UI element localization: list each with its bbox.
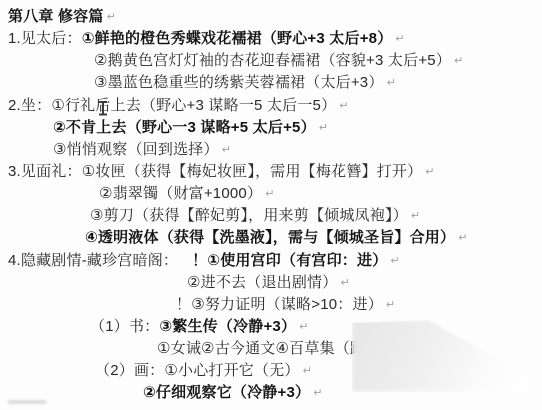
paragraph-mark-icon: ↵	[454, 55, 463, 67]
text-line: ②翡翠镯（财富+1000）↵	[99, 185, 275, 203]
paragraph-mark-icon: ↵	[387, 77, 396, 89]
paragraph-mark-icon: ↵	[339, 100, 348, 112]
text-line: 第八章 修容篇↵	[8, 8, 116, 26]
text-line: ①女诫②古今通文④百草集（跳	[157, 340, 365, 357]
text-segment: ②鹅黄色宫灯灯袖的杏花迎春襦裙（容貌+3 太后+5）	[94, 52, 451, 69]
text-line: 2.坐：①行礼后上去（野心+3 谋略一5 太后一5）↵	[8, 97, 349, 115]
text-segment: ④透明液体（获得【洗墨液】，需与【倾城圣旨】合用）	[85, 229, 455, 246]
text-segment: 4.隐藏剧情-藏珍宫暗阁：	[8, 252, 178, 269]
paragraph-mark-icon: ↵	[411, 210, 420, 222]
text-segment: ③繁生传（冷静+3）	[159, 318, 296, 335]
paragraph-mark-icon: ↵	[107, 11, 116, 23]
text-segment: ③剪刀（获得【醉妃剪】，用来剪【倾城凤袍】）	[90, 207, 408, 224]
text-line: （1）书：③繁生传（冷静+3）↵	[90, 318, 309, 336]
page-edge-fragment	[8, 400, 46, 404]
text-segment: （1）书：	[90, 318, 159, 335]
paragraph-mark-icon: ↵	[458, 232, 467, 244]
text-segment: ①鲜艳的橙色秀蝶戏花襦裙（野心+3 太后+8）	[82, 30, 393, 47]
paragraph-mark-icon: ↵	[265, 188, 274, 200]
text-line: ②进不去（退出剧情）↵	[187, 274, 350, 292]
paragraph-mark-icon: ↵	[303, 365, 312, 377]
text-segment: 3.见面礼：	[8, 163, 82, 180]
text-segment: 2.坐：	[8, 97, 51, 114]
paragraph-mark-icon: ↵	[390, 255, 399, 267]
text-segment: 第八章 修容篇	[8, 8, 104, 25]
text-segment: ①女诫②古今通文④百草集（跳	[157, 340, 365, 357]
text-segment: 1.见太后：	[8, 30, 82, 47]
text-segment: ！③努力证明（谋略>10：进）	[176, 296, 383, 313]
paragraph-mark-icon: ↵	[222, 144, 231, 156]
text-segment: ！①使用宫印（有宫印：进）	[192, 252, 387, 269]
text-line: 4.隐藏剧情-藏珍宫暗阁：！①使用宫印（有宫印：进）↵	[8, 252, 400, 270]
paragraph-mark-icon: ↵	[395, 33, 404, 45]
text-segment: ②翡翠镯（财富+1000）	[99, 185, 262, 202]
text-line: ③剪刀（获得【醉妃剪】，用来剪【倾城凤袍】）↵	[90, 207, 420, 225]
paragraph-mark-icon: ↵	[313, 387, 322, 399]
text-segment: ②进不去（退出剧情）	[187, 274, 337, 291]
text-segment: ①小心打开它（无）	[164, 362, 299, 379]
text-line: ②鹅黄色宫灯灯袖的杏花迎春襦裙（容貌+3 太后+5）↵	[94, 52, 463, 70]
text-line: 3.见面礼：①妆匣（获得【梅妃妆匣】，需用【梅花簪】打开）↵	[8, 163, 435, 181]
paragraph-mark-icon: ↵	[340, 277, 349, 289]
paragraph-mark-icon: ↵	[425, 166, 434, 178]
text-line: ②仔细观察它（冷静+3）↵	[143, 384, 323, 402]
text-line: ！③努力证明（谋略>10：进）↵	[176, 296, 395, 314]
text-segment: ③墨蓝色稳重些的绣紫芙蓉襦裙（太后+3）	[94, 74, 384, 91]
text-line: ②不肯上去（野心一3 谋略+5 太后+5）↵	[53, 119, 328, 137]
text-segment: （2）画：	[95, 362, 164, 379]
text-segment: ②不肯上去（野心一3 谋略+5 太后+5）	[53, 119, 316, 136]
watermark-wedge	[352, 320, 532, 392]
text-line: ④透明液体（获得【洗墨液】，需与【倾城圣旨】合用）↵	[85, 229, 468, 247]
text-line: （2）画：①小心打开它（无）↵	[95, 362, 312, 380]
text-line: 1.见太后：①鲜艳的橙色秀蝶戏花襦裙（野心+3 太后+8）↵	[8, 30, 405, 48]
document-page: 第八章 修容篇↵1.见太后：①鲜艳的橙色秀蝶戏花襦裙（野心+3 太后+8）↵②鹅…	[0, 0, 542, 410]
paragraph-mark-icon: ↵	[299, 321, 308, 333]
paragraph-mark-icon: ↵	[386, 299, 395, 311]
text-segment: ③悄悄观察（回到选择）	[53, 141, 219, 158]
text-segment: ①妆匣（获得【梅妃妆匣】，需用【梅花簪】打开）	[82, 163, 423, 180]
text-segment: ②仔细观察它（冷静+3）	[143, 384, 310, 401]
text-line: ③墨蓝色稳重些的绣紫芙蓉襦裙（太后+3）↵	[94, 74, 396, 92]
text-line: ③悄悄观察（回到选择）↵	[53, 141, 231, 159]
text-segment: ①行礼后上去（野心+3 谋略一5 太后一5）	[51, 97, 336, 114]
paragraph-mark-icon: ↵	[319, 122, 328, 134]
